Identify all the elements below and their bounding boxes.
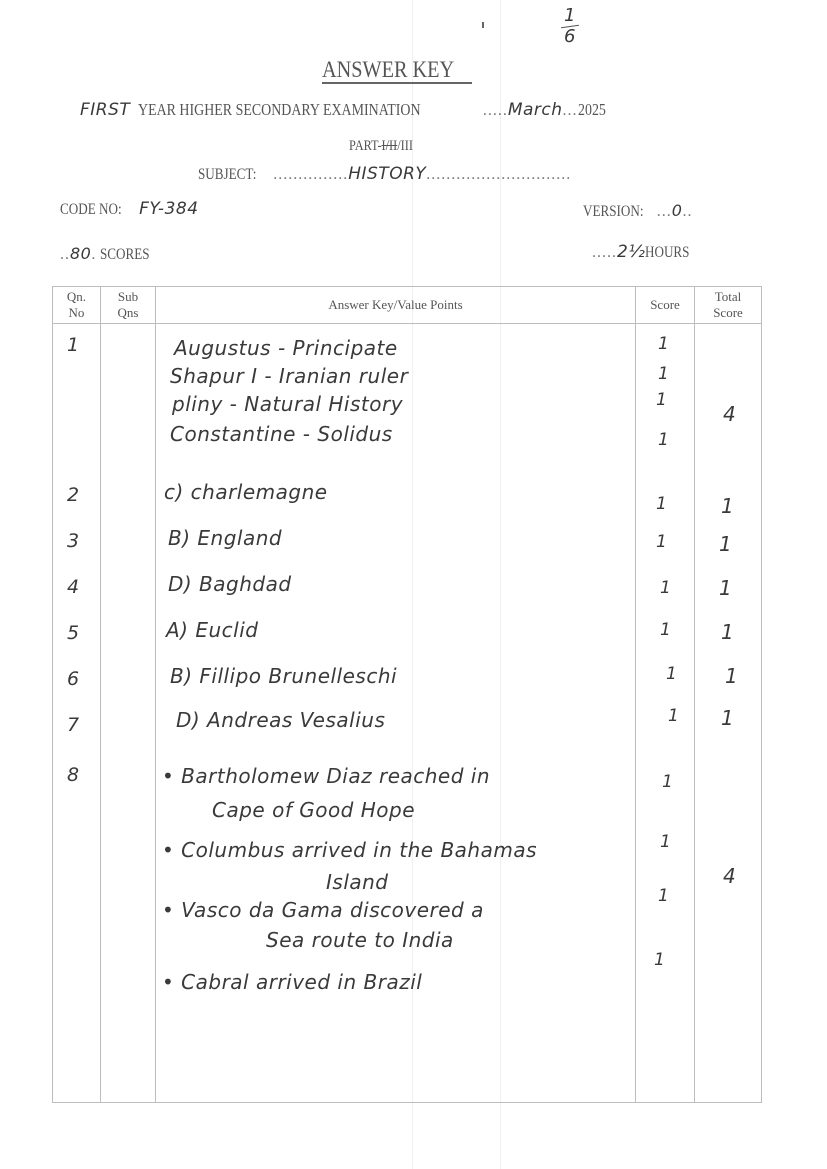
table-body-row: 12345678 Augustus - PrincipateShapur I -… bbox=[53, 324, 762, 1103]
score-value: 1 bbox=[668, 706, 679, 726]
total-score-value: 1 bbox=[719, 532, 732, 556]
page-total: 6 bbox=[555, 27, 585, 47]
answer-key-table: Qn.No SubQns Answer Key/Value Points Sco… bbox=[52, 286, 762, 1103]
question-number: 2 bbox=[67, 484, 80, 506]
question-number: 4 bbox=[67, 576, 80, 598]
answer-text: Sea route to India bbox=[266, 928, 454, 952]
total-column: 41111114 bbox=[695, 324, 762, 1103]
score-value: 1 bbox=[656, 390, 667, 410]
score-value: 1 bbox=[666, 664, 677, 684]
answer-text: Island bbox=[326, 870, 389, 894]
exam-month: March bbox=[508, 100, 563, 120]
answer-text: pliny - Natural History bbox=[172, 392, 403, 416]
scores-line: ..80. SCORES bbox=[60, 244, 161, 264]
score-value: 1 bbox=[654, 950, 665, 970]
hours-line: .....2½HOURS bbox=[592, 242, 700, 262]
answer-text: Augustus - Principate bbox=[174, 336, 398, 360]
answer-column: Augustus - PrincipateShapur I - Iranian … bbox=[156, 324, 636, 1103]
answer-text: • Vasco da Gama discovered a bbox=[162, 898, 484, 922]
total-score-value: 4 bbox=[723, 864, 736, 888]
answer-text: Shapur I - Iranian ruler bbox=[170, 364, 408, 388]
subject-label: SUBJECT: bbox=[198, 166, 256, 184]
sub-qns-column bbox=[101, 324, 156, 1103]
qn-column: 12345678 bbox=[53, 324, 101, 1103]
exam-year: 2025 bbox=[578, 100, 606, 120]
score-value: 1 bbox=[660, 578, 671, 598]
answer-text: Cape of Good Hope bbox=[212, 798, 415, 822]
total-score-value: 4 bbox=[723, 402, 736, 426]
code-label: CODE NO: bbox=[60, 201, 122, 219]
table-header-row: Qn.No SubQns Answer Key/Value Points Sco… bbox=[53, 287, 762, 324]
score-value: 1 bbox=[660, 620, 671, 640]
answer-text: • Columbus arrived in the Bahamas bbox=[162, 838, 537, 862]
header-answer-key: Answer Key/Value Points bbox=[156, 287, 636, 324]
score-value: 1 bbox=[658, 364, 669, 384]
score-value: 1 bbox=[658, 430, 669, 450]
exam-line: FIRST YEAR HIGHER SECONDARY EXAMINATION.… bbox=[80, 100, 612, 120]
total-score-value: 1 bbox=[721, 494, 734, 518]
version-label: VERSION: bbox=[583, 203, 644, 221]
question-number: 5 bbox=[67, 622, 80, 644]
answer-text: • Bartholomew Diaz reached in bbox=[162, 764, 490, 788]
question-number: 7 bbox=[67, 714, 80, 736]
answer-text: B) England bbox=[168, 526, 282, 550]
version-value: 0 bbox=[672, 201, 683, 220]
year-handwritten: FIRST bbox=[80, 100, 130, 120]
answer-text: c) charlemagne bbox=[164, 480, 328, 504]
question-number: 1 bbox=[67, 334, 80, 356]
question-number: 3 bbox=[67, 530, 80, 552]
scores-label: SCORES bbox=[100, 246, 150, 264]
header-sub-qns: SubQns bbox=[101, 287, 156, 324]
answer-text: B) Fillipo Brunelleschi bbox=[170, 664, 397, 688]
hours-value: 2½ bbox=[617, 242, 645, 262]
page-number: 1 bbox=[555, 6, 585, 26]
answer-text: A) Euclid bbox=[166, 618, 258, 642]
score-value: 1 bbox=[662, 772, 673, 792]
header-qn-no: Qn.No bbox=[53, 287, 101, 324]
score-value: 1 bbox=[656, 494, 667, 514]
part-struck: I/II bbox=[382, 138, 398, 154]
version-line: VERSION:...0.. bbox=[583, 201, 692, 221]
header-total-score: TotalScore bbox=[695, 287, 762, 324]
total-score-value: 1 bbox=[721, 620, 734, 644]
total-score-value: 1 bbox=[725, 664, 738, 688]
subject-value: HISTORY bbox=[348, 164, 426, 184]
question-number: 8 bbox=[67, 764, 80, 786]
hours-label: HOURS bbox=[645, 244, 689, 262]
page-title: ANSWER KEY bbox=[322, 58, 472, 84]
answer-text: Constantine - Solidus bbox=[170, 422, 393, 446]
subject-line: SUBJECT: ...............HISTORY.........… bbox=[198, 164, 571, 184]
question-number: 6 bbox=[67, 668, 80, 690]
answer-text: D) Baghdad bbox=[168, 572, 292, 596]
code-line: CODE NO: FY-384 bbox=[60, 199, 199, 219]
part-line: PART-I/II/III bbox=[349, 138, 427, 155]
scan-mark bbox=[482, 22, 484, 28]
score-column: 11111111111111 bbox=[636, 324, 695, 1103]
page-number-mark: 1 6 bbox=[555, 6, 585, 47]
total-score-value: 1 bbox=[719, 576, 732, 600]
score-value: 1 bbox=[656, 532, 667, 552]
score-value: 1 bbox=[658, 334, 669, 354]
score-value: 1 bbox=[660, 832, 671, 852]
score-value: 1 bbox=[658, 886, 669, 906]
code-value: FY-384 bbox=[139, 199, 198, 219]
scores-value: 80 bbox=[70, 244, 91, 263]
total-score-value: 1 bbox=[721, 706, 734, 730]
exam-label: YEAR HIGHER SECONDARY EXAMINATION bbox=[138, 100, 421, 120]
header-score: Score bbox=[636, 287, 695, 324]
answer-text: • Cabral arrived in Brazil bbox=[162, 970, 422, 994]
answer-text: D) Andreas Vesalius bbox=[176, 708, 385, 732]
